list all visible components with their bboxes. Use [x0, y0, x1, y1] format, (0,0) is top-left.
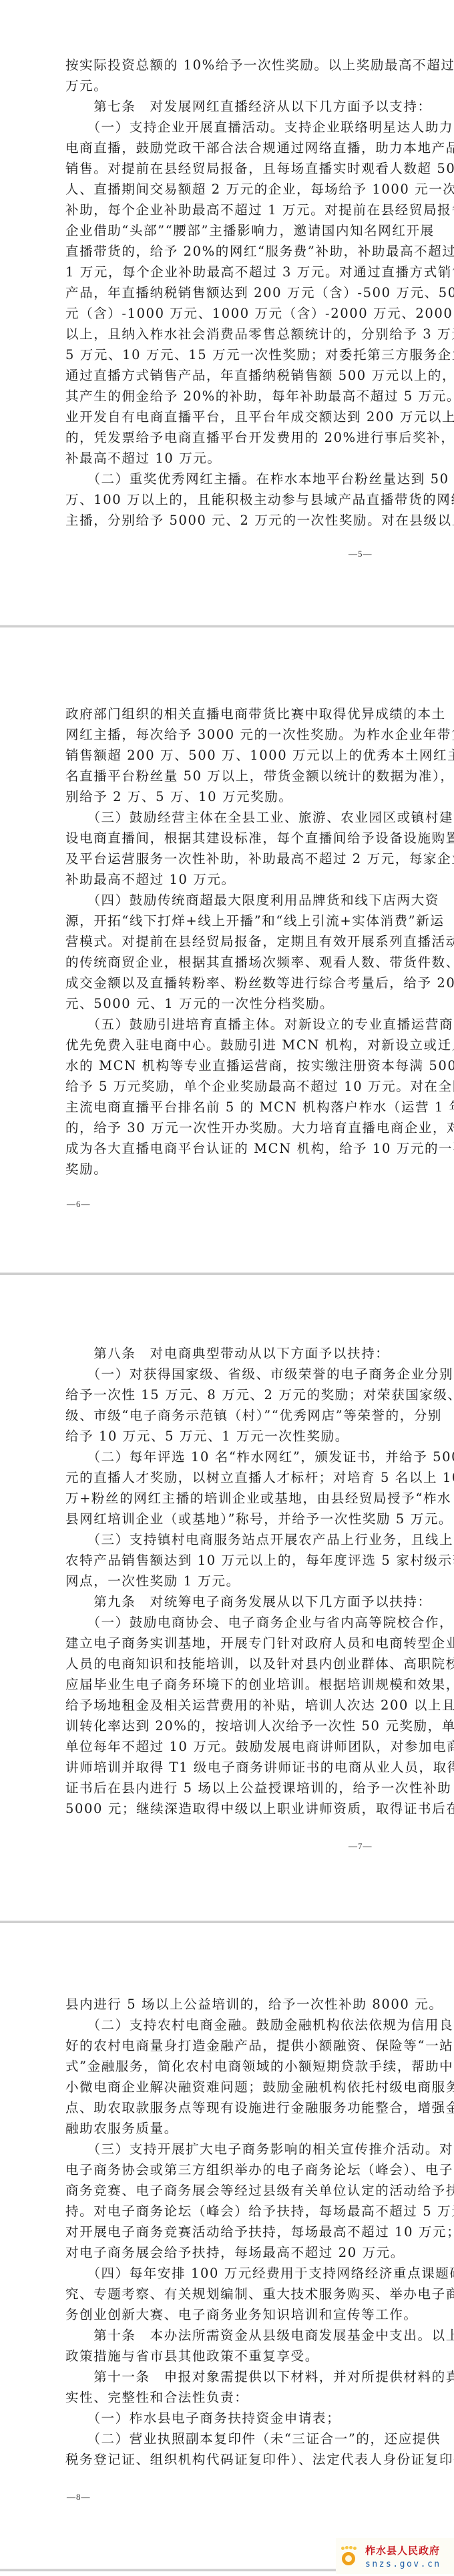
page-body: 第八条 对电商典型带动从以下方面予以扶持： （一）对获得国家级、省级、市级荣誉的…: [65, 1343, 406, 1819]
page-5: 按实际投资总额的 10%给予一次性奖励。以上奖励最高不超过 20 万元。 第七条…: [0, 0, 454, 625]
text-line: 究、专题考察、有关规划编制、重大技术服务购买、举办电子商: [65, 2284, 406, 2304]
text-line: （二）支持农村电商金融。鼓励金融机构依法依规为信用良: [65, 2015, 406, 2035]
text-line: 别给予 2 万、5 万、10 万元奖励。: [65, 786, 406, 807]
text-line: 奖励。: [65, 1159, 406, 1180]
text-line: 人、直播期间交易额超 2 万元的企业，每场给予 1000 元一次性: [65, 179, 406, 200]
text-line: 其产生的佣金给予 20%的补助，每年补助最高不超过 5 万元。企: [65, 386, 406, 407]
text-line: 实性、完整性和合法性负责：: [65, 2387, 406, 2408]
text-line: 补最高不超过 10 万元。: [65, 448, 406, 469]
text-line: （二）营业执照副本复印件（未“三证合一”的，还应提供: [65, 2428, 406, 2449]
page-body: 政府部门组织的相关直播电商带货比赛中取得优异成绩的本土 网红主播，每次给予 30…: [65, 704, 406, 1180]
text-line: 网点，一次性奖励 1 万元。: [65, 1571, 406, 1591]
text-line: 销售。对提前在县经贸局报备，且每场直播实时观看人数超 500: [65, 158, 406, 179]
text-line: 元的直播人才奖励，以树立直播人才标杆；对培育 5 名以上 10: [65, 1467, 406, 1488]
text-line: 商务竞赛、电子商务展会等经过县级有关单位认定的活动给予扶: [65, 2180, 406, 2201]
page-8: 县内进行 5 场以上公益培训的，给予一次性补助 8000 元。 （二）支持农村电…: [0, 1923, 454, 2569]
page-number: —8—: [67, 2492, 91, 2503]
text-line: 通过直播方式销售产品，年直播纳税销售额 500 万元以上的，对: [65, 365, 406, 386]
text-line: 训转化率达到 20%的，按培训人次给予一次性 50 元奖励，单个: [65, 1716, 406, 1736]
text-line: 持。对电子商务论坛（峰会）给予扶持，每场最高不超过 5 万元；: [65, 2201, 406, 2222]
page-number: —7—: [349, 1841, 373, 1852]
text-line: 融助农服务质量。: [65, 2118, 406, 2139]
article-heading: 第十一条 申报对象需提供以下材料，并对所提供材料的真: [65, 2366, 406, 2387]
text-line: 证书后在县内进行 5 场以上公益授课培训的，给予一次性补助: [65, 1778, 406, 1798]
text-line: 对电子商务展会给予扶持，每场最高不超过 20 万元。: [65, 2242, 406, 2263]
text-line: 电商直播，鼓励党政干部合法合规通过网络直播，助力本地产品: [65, 138, 406, 158]
page-number: —5—: [349, 549, 373, 559]
text-line: （三）鼓励经营主体在全县工业、旅游、农业园区或镇村建: [65, 807, 406, 828]
text-line: 按实际投资总额的 10%给予一次性奖励。以上奖励最高不超过 20: [65, 55, 406, 75]
text-line: 1 万元，每个企业补助最高不超过 3 万元。对通过直播方式销售: [65, 262, 406, 282]
article-heading: 第八条 对电商典型带动从以下方面予以扶持：: [65, 1343, 406, 1364]
text-line: （二）每年评选 10 名“柞水网红”，颁发证书，并给予 5000: [65, 1447, 406, 1467]
text-line: （四）每年安排 100 万元经费用于支持网络经济重点课题研: [65, 2263, 406, 2284]
text-line: 政府部门组织的相关直播电商带货比赛中取得优异成绩的本土: [65, 704, 406, 724]
text-line: 成为各大直播电商平台认证的 MCN 机构，给予 10 万元的一次性: [65, 1138, 406, 1159]
text-line: 万、100 万以上的，且能积极主动参与县域产品直播带货的网红: [65, 489, 406, 510]
text-line: 县网红培训企业（或基地）”称号，并给予一次性奖励 5 万元。: [65, 1509, 406, 1529]
text-line: 5 万元、10 万元、15 万元一次性奖励；对委托第三方服务企业: [65, 344, 406, 365]
text-line: （一）对获得国家级、省级、市级荣誉的电子商务企业分别: [65, 1364, 406, 1384]
text-line: 给予场地租金及相关运营费用的补贴，培训人次达 200 以上且培: [65, 1695, 406, 1716]
paw-logo-icon: [340, 2546, 360, 2566]
text-line: 建立电子商务实训基地，开展专门针对政府人员和电商转型企业: [65, 1633, 406, 1653]
text-line: 产品，年直播纳税销售额达到 200 万元（含）-500 万元、500 万: [65, 282, 406, 303]
text-line: 农特产品销售额达到 10 万元以上的，每年度评选 5 家村级示范: [65, 1550, 406, 1571]
text-line: 式”金融服务，简化农村电商领域的小额短期贷款手续，帮助中: [65, 2056, 406, 2077]
page-6: 政府部门组织的相关直播电商带货比赛中取得优异成绩的本土 网红主播，每次给予 30…: [0, 627, 454, 1272]
page-7: 第八条 对电商典型带动从以下方面予以扶持： （一）对获得国家级、省级、市级荣誉的…: [0, 1275, 454, 1921]
text-line: 电子商务协会或第三方组织举办的电子商务论坛（峰会）、电子: [65, 2159, 406, 2180]
text-line: 补助最高不超过 10 万元。: [65, 869, 406, 890]
text-line: 给予 5 万元奖励，单个企业奖励最高不超过 10 万元。对在全国: [65, 1076, 406, 1097]
text-line: 给予一次性 15 万元、8 万元、2 万元的奖励；对荣获国家级、省: [65, 1384, 406, 1405]
text-line: 元（含）-1000 万元、1000 万元（含）-2000 万元、2000 万元（…: [65, 303, 406, 324]
text-line: 源，开拓“线下打烊+线上开播”和“线上引流+实体消费”新运: [65, 911, 406, 931]
page-body: 按实际投资总额的 10%给予一次性奖励。以上奖励最高不超过 20 万元。 第七条…: [65, 55, 406, 531]
text-line: （四）鼓励传统商超最大限度利用品牌货和线下店两大资: [65, 890, 406, 911]
text-line: （一）鼓励电商协会、电子商务企业与省内高等院校合作，: [65, 1612, 406, 1633]
text-line: （二）重奖优秀网红主播。在柞水本地平台粉丝量达到 50: [65, 469, 406, 489]
site-watermark: 柞水县人民政府 snzs.gov.cn: [336, 2538, 454, 2574]
text-line: （三）支持开展扩大电子商务影响的相关宣传推介活动。对: [65, 2139, 406, 2159]
text-line: （一）支持企业开展直播活动。支持企业联络明星达人助力: [65, 117, 406, 138]
text-line: （三）支持镇村电商服务站点开展农产品上行业务，且线上: [65, 1529, 406, 1550]
text-line: 网红主播，每次给予 3000 元的一次性奖励。为柞水企业年带货: [65, 724, 406, 745]
text-line: 税务登记证、组织机构代码证复印件）、法定代表人身份证复印件；: [65, 2449, 406, 2470]
text-line: 应届毕业生电子商务环境下的创业培训。根据培训规模和效果，: [65, 1674, 406, 1695]
text-line: 直播带货的，给予 20%的网红“服务费”补助，补助最高不超过: [65, 241, 406, 262]
text-line: 单位每年不超过 10 万元。鼓励发展电商讲师团队，对参加电商: [65, 1736, 406, 1757]
text-line: 名直播平台粉丝量 50 万以上，带货金额以统计的数据为准），分: [65, 766, 406, 786]
article-heading: 第十条 本办法所需资金从县级电商发展基金中支出。以上: [65, 2325, 406, 2346]
text-line: 的，凭发票给予电商直播平台开发费用的 20%进行事后奖补，奖: [65, 427, 406, 448]
text-line: 5000 元；继续深造取得中级以上职业讲师资质，取得证书后在: [65, 1798, 406, 1819]
text-line: 人员的电商知识和技能培训，以及针对县内创业群体、高职院校: [65, 1653, 406, 1674]
text-line: 好的农村电商量身打造金融产品，提供小额融资、保险等“一站: [65, 2035, 406, 2056]
text-line: 点、助农取款服务点等现有设施进行金融服务功能整合，增强金: [65, 2097, 406, 2118]
text-line: （五）鼓励引进培育直播主体。对新设立的专业直播运营商，: [65, 1014, 406, 1035]
watermark-url: snzs.gov.cn: [365, 2559, 441, 2569]
text-line: 设电商直播间，根据其建设标准，每个直播间给予设备设施购置: [65, 828, 406, 848]
page-body: 县内进行 5 场以上公益培训的，给予一次性补助 8000 元。 （二）支持农村电…: [65, 1994, 406, 2470]
text-line: 销售额超 200 万、500 万、1000 万元以上的优秀本土网红主播（知: [65, 745, 406, 766]
text-line: 万元。: [65, 75, 406, 96]
text-line: 水的 MCN 机构等专业直播运营商，按实缴注册资本每满 500 万元，: [65, 1055, 406, 1076]
text-line: 业开发自有电商直播平台，且平台年成交额达到 200 万元以上: [65, 407, 406, 427]
article-heading: 第九条 对统筹电子商务发展从以下几方面予以扶持：: [65, 1591, 406, 1612]
text-line: 级、市级“电子商务示范镇（村）”“优秀网店”等荣誉的，分别: [65, 1405, 406, 1426]
text-line: 讲师培训并取得 T1 级电子商务讲师证书的电商从业人员，取得: [65, 1757, 406, 1778]
text-line: 给予 10 万元、5 万元、1 万元一次性奖励。: [65, 1426, 406, 1447]
page-number: —6—: [67, 1199, 91, 1210]
text-line: 对开展电子商务竞赛活动给予扶持，每场最高不超过 10 万元；: [65, 2222, 406, 2242]
text-line: 政策措施与省市县其他政策不重复享受。: [65, 2346, 406, 2366]
text-line: 成交金额以及直播转粉率、粉丝数等进行综合考量后，给予 2000: [65, 973, 406, 993]
text-line: 小微电商企业解决融资难问题；鼓励金融机构依托村级电商服务: [65, 2077, 406, 2097]
text-line: 及平台运营服务一次性补助，补助最高不超过 2 万元，每家企业: [65, 848, 406, 869]
text-line: （一）柞水县电子商务扶持资金申请表；: [65, 2408, 406, 2428]
text-line: 的，给予 30 万元一次性开办奖励。大力培育直播电商企业，对: [65, 1117, 406, 1138]
text-line: 补助，每个企业补助最高不超过 1 万元。对提前在县经贸局报备，: [65, 200, 406, 220]
article-heading: 第七条 对发展网红直播经济从以下几方面予以支持：: [65, 96, 406, 117]
text-line: 县内进行 5 场以上公益培训的，给予一次性补助 8000 元。: [65, 1994, 406, 2015]
text-line: 主流电商直播平台排名前 5 的 MCN 机构落户柞水（运营 1 年以上）: [65, 1097, 406, 1117]
text-line: 企业借助“头部”“腰部”主播影响力，邀请国内知名网红开展: [65, 220, 406, 241]
text-line: 主播，分别给予 5000 元、2 万元的一次性奖励。对在县级以上: [65, 510, 406, 531]
text-line: 以上，且纳入柞水社会消费品零售总额统计的，分别给予 3 万元、: [65, 324, 406, 344]
text-line: 的传统商贸企业，根据其直播场次频率、观看人数、带货件数、: [65, 952, 406, 973]
text-line: 万+粉丝的网红主播的培训企业或基地，由县经贸局授予“柞水: [65, 1488, 406, 1509]
text-line: 营模式。对提前在县经贸局报备，定期且有效开展系列直播活动: [65, 931, 406, 952]
text-line: 务创业创新大赛、电子商务业务知识培训和宣传等工作。: [65, 2304, 406, 2325]
text-line: 优先免费入驻电商中心。鼓励引进 MCN 机构，对新设立或迁入柞: [65, 1035, 406, 1055]
text-line: 元、5000 元、1 万元的一次性分档奖励。: [65, 993, 406, 1014]
watermark-title: 柞水县人民政府: [365, 2543, 441, 2557]
